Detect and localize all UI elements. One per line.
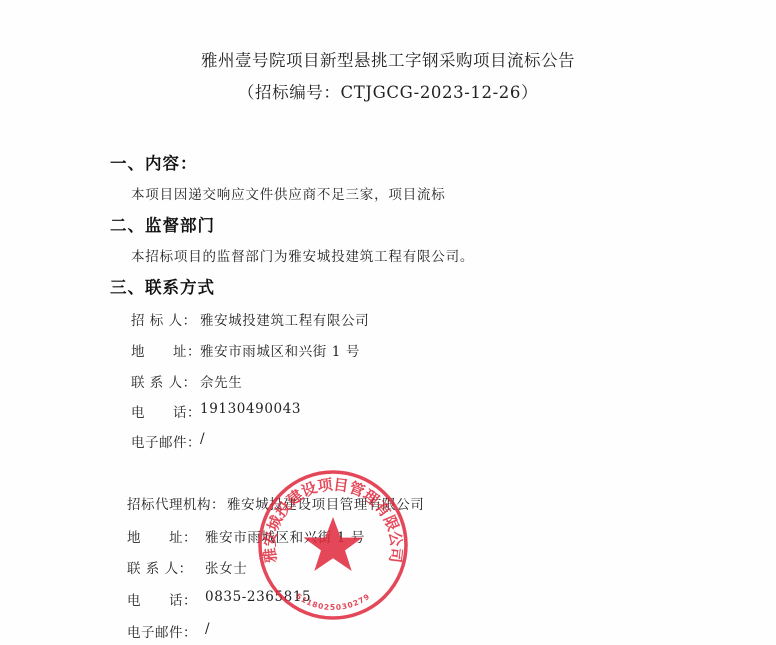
field-label: 电子邮件： — [131, 431, 201, 451]
field-label: 招 标 人： — [131, 309, 197, 329]
section-heading-content: 一、内容： — [110, 150, 198, 174]
field-label: 联 系 人： — [127, 557, 193, 577]
document-subtitle: （招标编号：CTJGCG-2023-12-26） — [0, 79, 776, 103]
field-value: 19130490043 — [200, 401, 301, 417]
field-label: 地 址： — [131, 340, 201, 360]
field-value: 雅安城投建设项目管理有限公司 — [227, 493, 424, 513]
field-value: / — [205, 621, 210, 637]
field-value: 张女士 — [205, 557, 247, 577]
field-label: 地 址： — [127, 526, 197, 546]
seal-ring-text: 雅安城投建设项目管理有限公司 — [261, 475, 406, 563]
field-value: 0835-2365815 — [205, 589, 311, 605]
field-value: 雅安市雨城区和兴街 1 号 — [200, 340, 360, 360]
field-label: 招标代理机构： — [127, 493, 225, 513]
field-label: 联 系 人： — [131, 371, 197, 391]
section-heading-supervision: 二、监督部门 — [110, 212, 215, 236]
document-title: 雅州壹号院项目新型悬挑工字钢采购项目流标公告 — [0, 47, 776, 71]
field-value: 雅安市雨城区和兴街 1 号 — [205, 526, 365, 546]
section-body-supervision: 本招标项目的监督部门为雅安城投建筑工程有限公司。 — [131, 245, 474, 265]
field-label: 电子邮件： — [127, 621, 197, 641]
field-value: / — [200, 431, 205, 447]
field-value: 雅安城投建筑工程有限公司 — [200, 309, 369, 329]
field-label: 电 话： — [131, 401, 201, 421]
field-value: 佘先生 — [200, 371, 242, 391]
field-label: 电 话： — [127, 589, 197, 609]
document-page: 雅州壹号院项目新型悬挑工字钢采购项目流标公告 （招标编号：CTJGCG-2023… — [0, 0, 776, 645]
section-heading-contact: 三、联系方式 — [110, 274, 215, 298]
section-body-content: 本项目因递交响应文件供应商不足三家，项目流标 — [131, 183, 446, 203]
